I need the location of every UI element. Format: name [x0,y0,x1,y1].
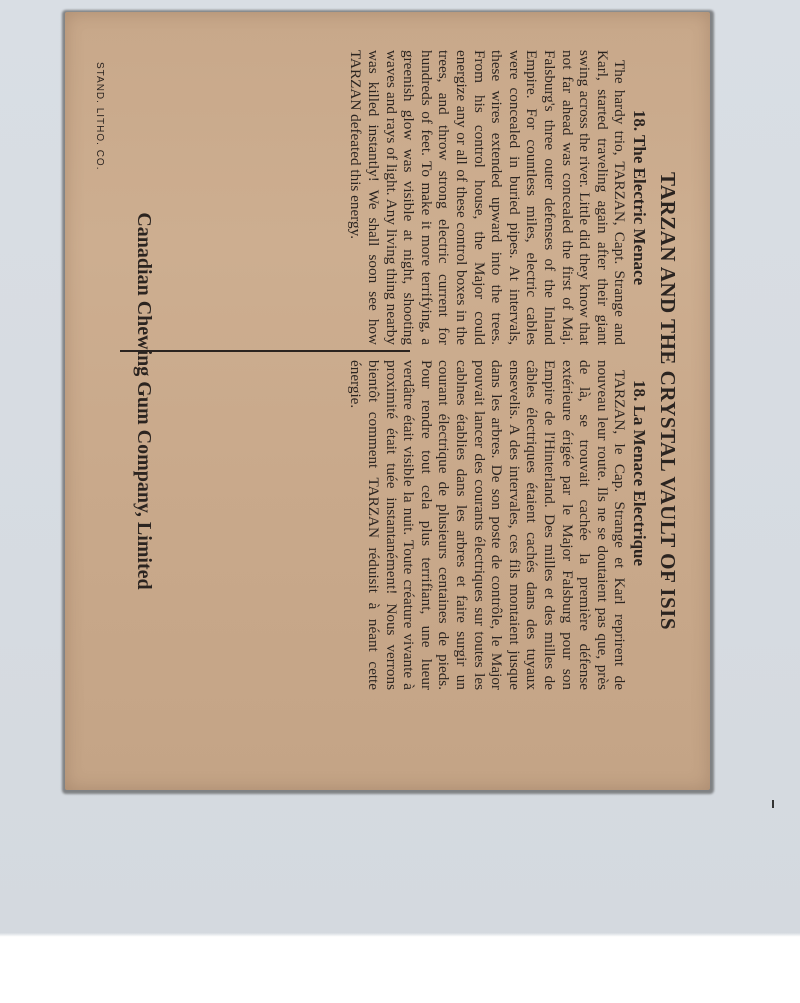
card-title: TARZAN AND THE CRYSTAL VAULT OF ISIS [655,12,680,790]
card-back: TARZAN AND THE CRYSTAL VAULT OF ISIS 18.… [65,12,710,790]
trading-card: TARZAN AND THE CRYSTAL VAULT OF ISIS 18.… [65,12,710,790]
column-divider [120,350,410,352]
french-body: TARZAN, le Cap. Strange et Karl repriren… [347,360,629,690]
english-heading: 18. The Electric Menace [630,50,648,345]
english-body: The hardy trio, TARZAN, Capt. Strange an… [347,50,629,345]
printer-credit: STAND. LITHO. CO. [94,62,105,171]
french-column: 18. La Menace Electrique TARZAN, le Cap.… [347,360,648,690]
company-name: Canadian Chewing Gum Company, Limited [132,12,155,790]
french-heading: 18. La Menace Electrique [630,360,648,690]
dust-speck [772,800,774,808]
english-column: 18. The Electric Menace The hardy trio, … [347,50,648,345]
